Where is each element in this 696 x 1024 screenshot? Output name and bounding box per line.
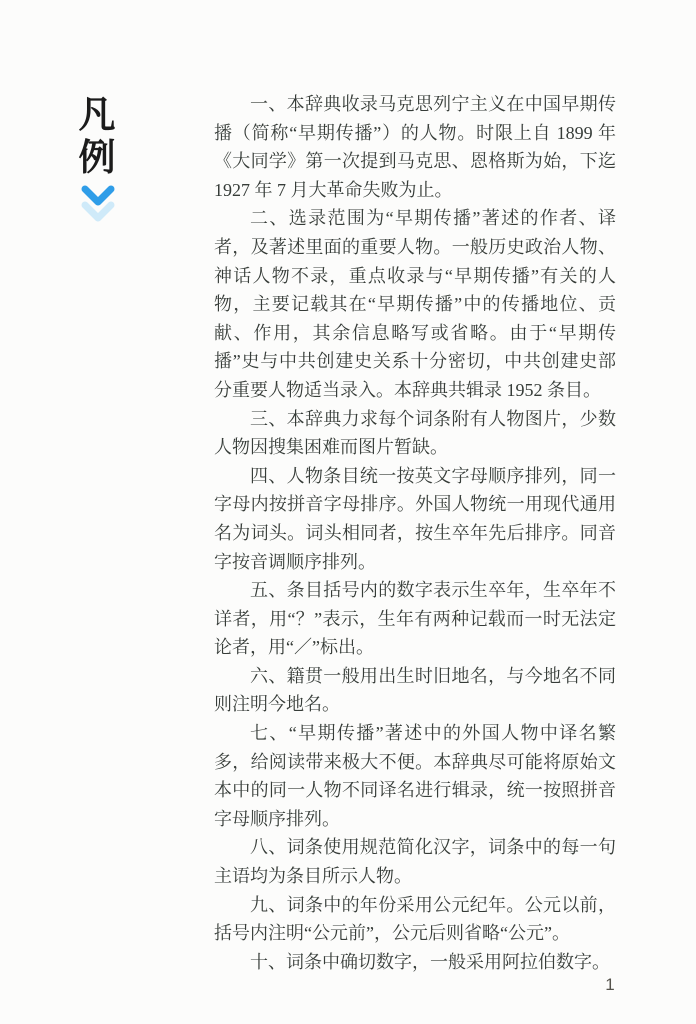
paragraph-4: 四、人物条目统一按英文字母顺序排列，同一字母内按拼音字母排序。外国人物统一用现代…	[214, 462, 616, 576]
paragraph-6: 六、籍贯一般用出生时旧地名，与今地名不同则注明今地名。	[214, 662, 616, 719]
paragraph-1: 一、本辞典收录马克思列宁主义在中国早期传播（简称“早期传播”）的人物。时限上自 …	[214, 90, 616, 204]
book-page: 凡例 一、本辞典收录马克思列宁主义在中国早期传播（简称“早期传播”）的人物。时限…	[0, 0, 696, 1024]
section-header: 凡例	[76, 94, 122, 227]
paragraph-8: 八、词条使用规范简化汉字，词条中的每一句主语均为条目所示人物。	[214, 833, 616, 890]
paragraph-7: 七、“早期传播”著述中的外国人物中译名繁多，给阅读带来极大不便。本辞典尽可能将原…	[214, 719, 616, 833]
double-chevron-down-icon	[81, 183, 115, 227]
paragraph-3: 三、本辞典力求每个词条附有人物图片，少数人物因搜集困难而图片暂缺。	[214, 405, 616, 462]
paragraph-5: 五、条目括号内的数字表示生卒年，生卒年不详者，用“？”表示，生年有两种记载而一时…	[214, 576, 616, 662]
explanatory-notes-body: 一、本辞典收录马克思列宁主义在中国早期传播（简称“早期传播”）的人物。时限上自 …	[214, 90, 616, 976]
paragraph-2: 二、选录范围为“早期传播”著述的作者、译者，及著述里面的重要人物。一般历史政治人…	[214, 204, 616, 404]
paragraph-10: 十、词条中确切数字，一般采用阿拉伯数字。	[214, 948, 616, 977]
section-title: 凡例	[76, 94, 118, 180]
paragraph-9: 九、词条中的年份采用公元纪年。公元以前，括号内注明“公元前”，公元后则省略“公元…	[214, 891, 616, 948]
page-number: 1	[598, 975, 622, 995]
